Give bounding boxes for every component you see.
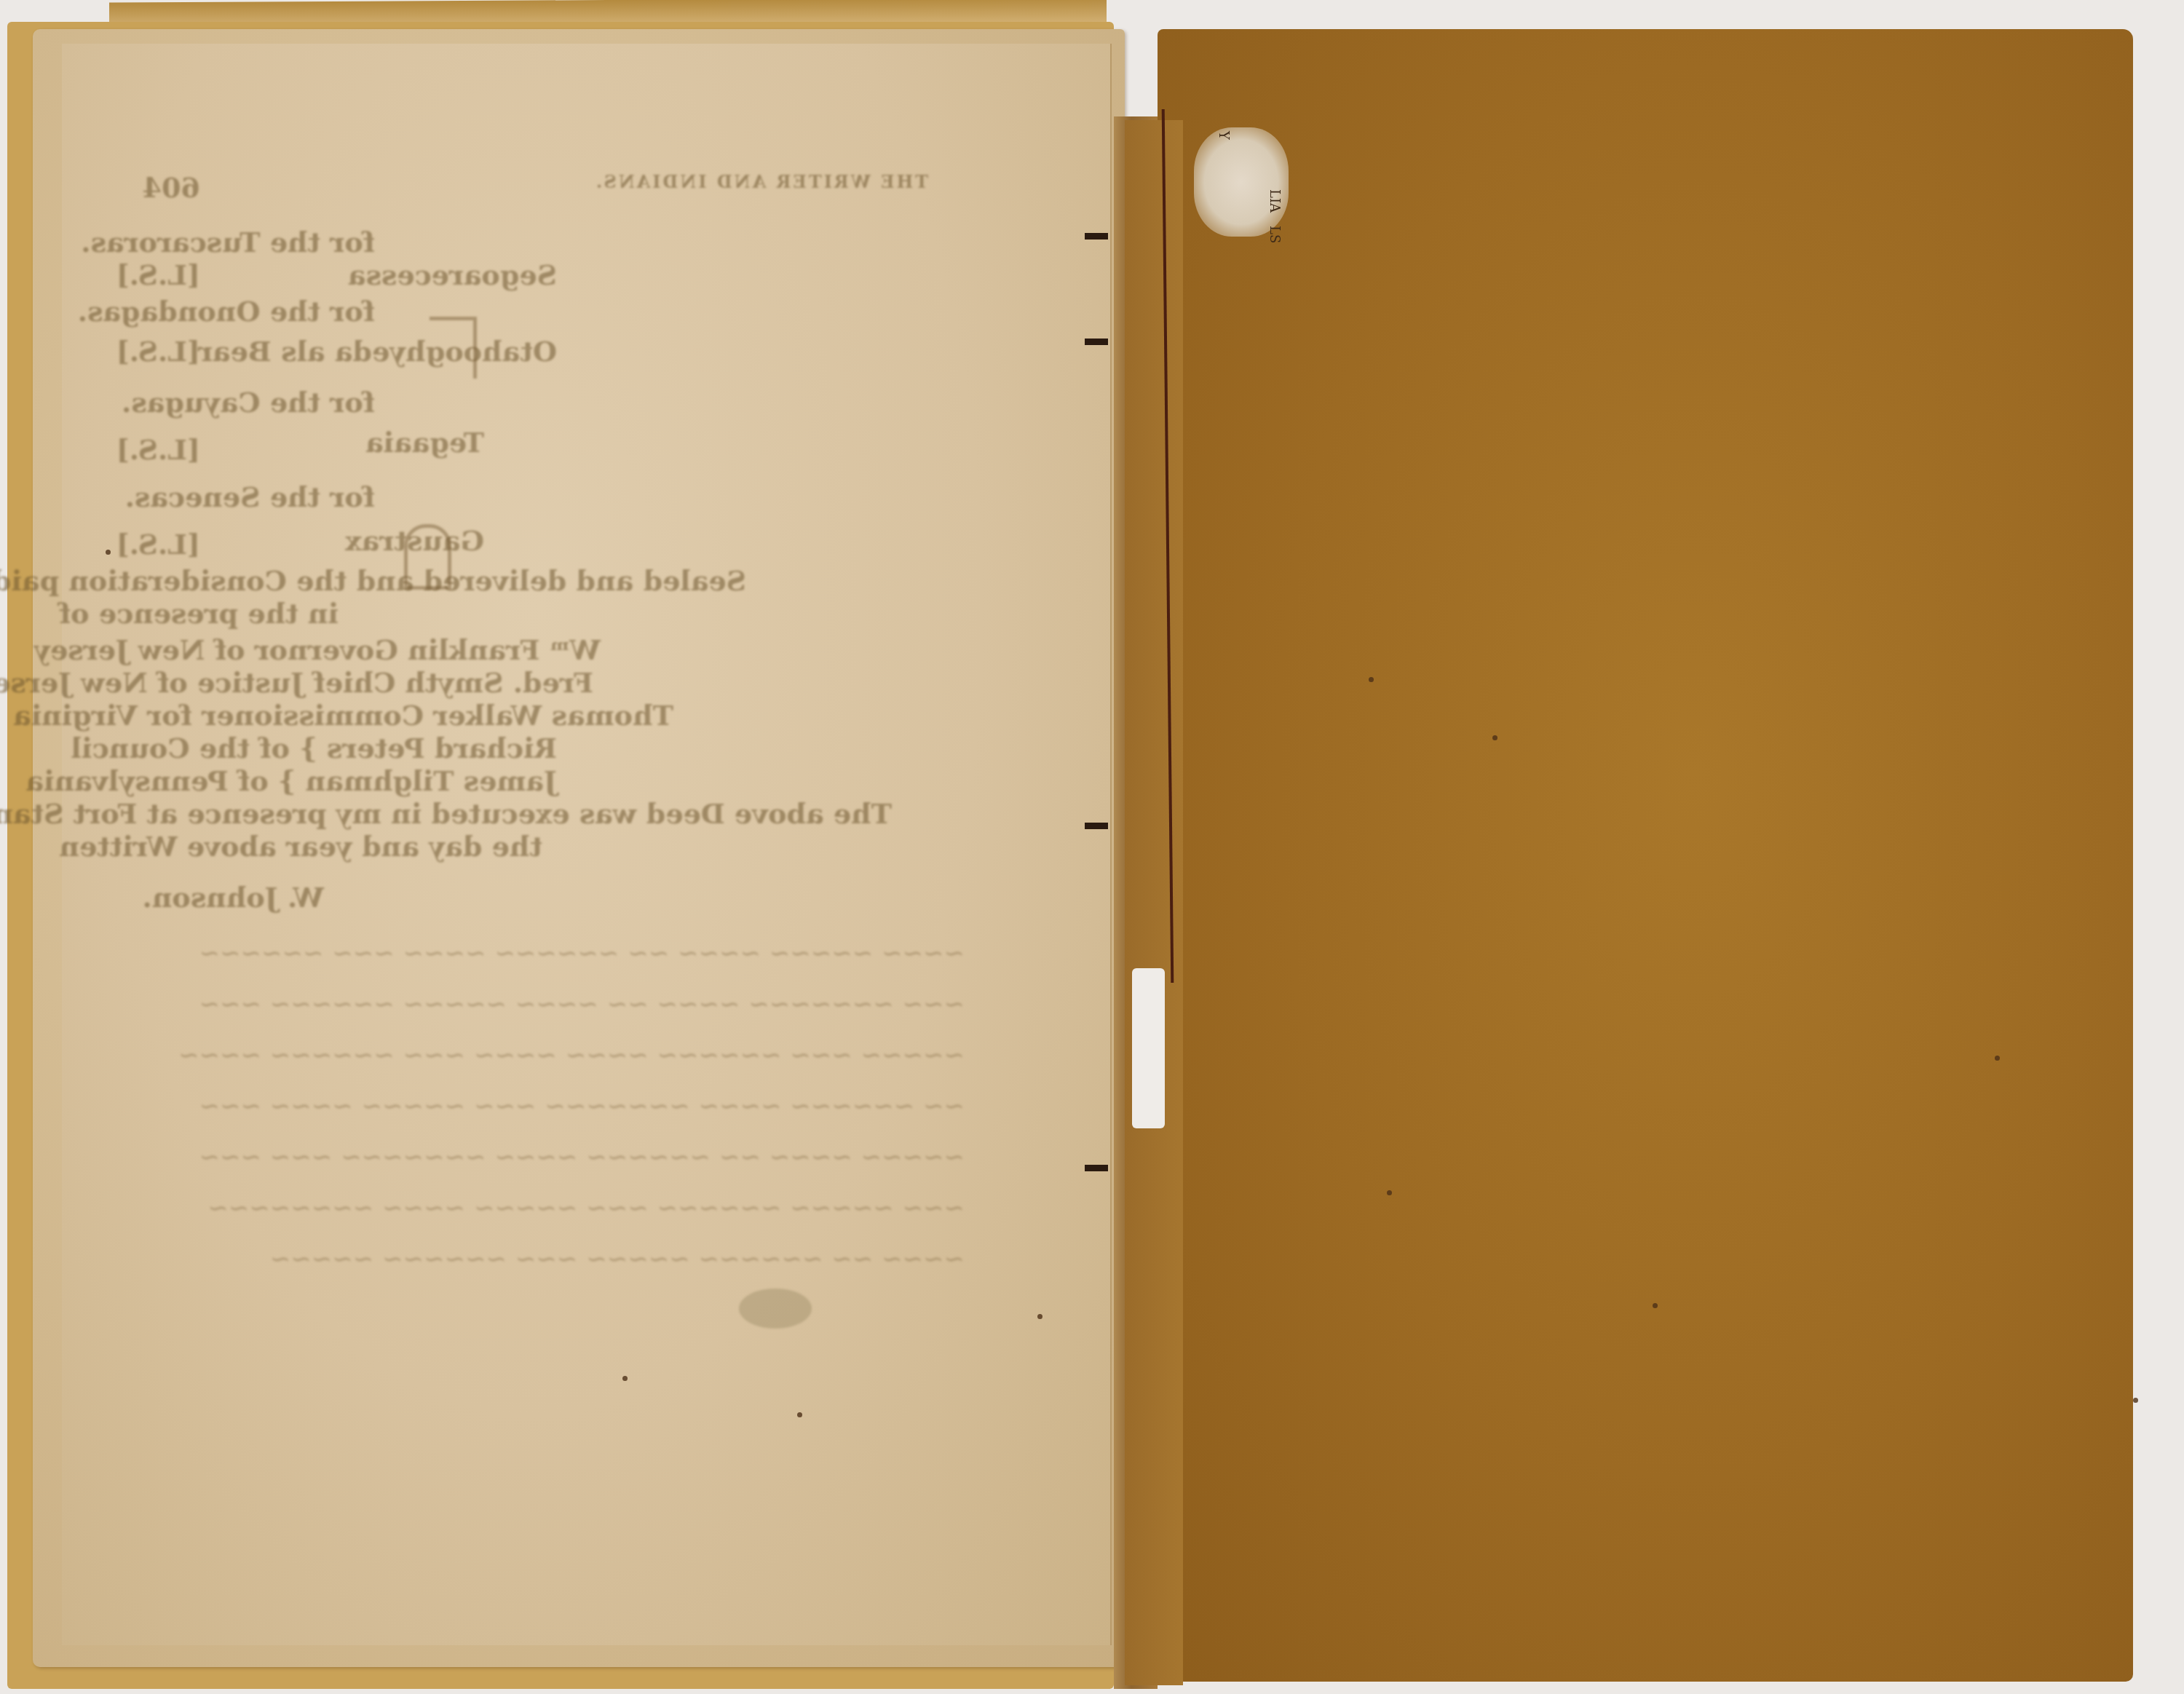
- cover-tear: [1132, 968, 1165, 1128]
- binding-stitch: [1085, 1165, 1108, 1171]
- pictograph-mark: [404, 524, 451, 590]
- text-line: Richard Peters } of the Council: [71, 732, 557, 764]
- text-line: Otahooghyeda als Bear: [198, 335, 557, 368]
- text-line: for the Senecas.: [125, 480, 375, 513]
- seal-mark: [L.S.]: [116, 433, 200, 466]
- brown-paper-cover: [1158, 29, 2133, 1682]
- label-fragment: Y: [1216, 131, 1231, 140]
- seal-mark: [L.S.]: [116, 335, 200, 368]
- seal-mark: [L.S.]: [116, 258, 200, 291]
- faint-line: ~~~ ~~~~~ ~~~~~~ ~~~ ~~~~~ ~~~~ ~~~~~~~~: [207, 1194, 965, 1223]
- left-page-surface: THE WRITER AND INDIANS. 604 for the Tusc…: [62, 44, 1112, 1645]
- text-line: W. Johnson.: [143, 881, 324, 914]
- pictograph-mark: [430, 317, 477, 379]
- text-line: Thomas Walker Commissioner for Virginia: [13, 699, 673, 732]
- text-line: Sealed and delivered and the Considerati…: [0, 564, 746, 597]
- page-number: 604: [143, 171, 200, 204]
- text-line: in the presence of: [59, 597, 339, 630]
- binding-stitch: [1085, 339, 1108, 345]
- faint-line: ~~~ ~~~~~~~ ~~~~ ~~ ~~~~ ~~~~~ ~~~~~~ ~~…: [199, 990, 965, 1019]
- text-line: James Tilghman } of Pennsylvania: [25, 764, 557, 797]
- text-line: Segoarecessa: [348, 258, 557, 291]
- left-page: THE WRITER AND INDIANS. 604 for the Tusc…: [33, 29, 1125, 1667]
- text-line: Fred. Smyth Chief Justice of New Jersey: [0, 666, 593, 699]
- worn-spine-label: [1194, 127, 1289, 237]
- text-line: the day and year above Written: [59, 830, 542, 863]
- bleed-through-text: THE WRITER AND INDIANS. 604 for the Tusc…: [62, 44, 1110, 1645]
- faint-line: ~~ ~~~~~~ ~~~~ ~~~~~~~ ~~~ ~~~~~ ~~~~ ~~…: [199, 1092, 965, 1121]
- label-fragment: LIA: [1267, 189, 1282, 213]
- text-line: Tegaaia: [365, 426, 484, 459]
- faint-line: ~~~~ ~~ ~~~~~~ ~~~~~ ~~~ ~~~~~~ ~~~~~: [270, 1245, 965, 1274]
- text-line: The above Deed was executed in my presen…: [0, 797, 892, 830]
- faint-line: ~~~~~ ~~~~ ~~ ~~~~~~ ~~~~ ~~~~~~~ ~~~ ~~…: [199, 1143, 965, 1172]
- binding-stitch: [1085, 233, 1108, 240]
- text-line: Wᵐ Franklin Governor of New Jersey: [34, 633, 601, 666]
- text-line: for the Tuscaroras.: [81, 226, 375, 258]
- faint-line: ~~~~ ~~~~~ ~~~~ ~~ ~~~~~~ ~~~~ ~~~ ~~~~~…: [199, 939, 965, 968]
- text-line: for the Onondagas.: [78, 295, 375, 328]
- pictograph-mark: [739, 1289, 812, 1329]
- binding-stitch: [1085, 823, 1108, 829]
- cover-hinge-strip: [1125, 120, 1183, 1685]
- running-head: THE WRITER AND INDIANS.: [594, 171, 928, 192]
- label-fragment: LS: [1267, 226, 1282, 243]
- text-line: for the Cayugas.: [122, 386, 375, 419]
- seal-mark: [L.S.]: [116, 528, 200, 561]
- faint-line: ~~~~~ ~~~ ~~~~~~ ~~~~ ~~~~ ~~~ ~~~~~~ ~~…: [178, 1041, 965, 1070]
